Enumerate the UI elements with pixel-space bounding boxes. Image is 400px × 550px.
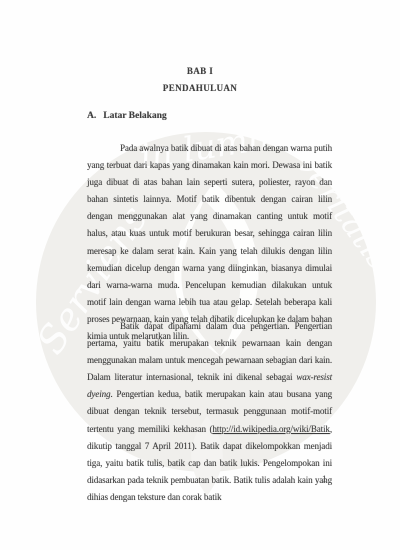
chapter-subtitle: PENDAHULUAN [0, 83, 400, 93]
section-heading: A.Latar Belakang [87, 111, 167, 121]
scanned-document-page: Serviens in lumine veritatis BAB I PENDA… [0, 0, 400, 550]
page-number: 1 [322, 474, 327, 484]
wikipedia-citation-link: http://id.wikipedia.org/wiki/Batik [212, 424, 329, 434]
body-paragraph-1: Pada awalnya batik dibuat di atas bahan … [87, 140, 332, 345]
section-label: A. [87, 111, 96, 121]
paragraph2-text-3: , dikutip tanggal 7 April 2011). Batik d… [87, 424, 332, 502]
section-title: Latar Belakang [103, 111, 166, 121]
body-paragraph-2: Batik dapat dipahami dalam dua pengertia… [87, 318, 332, 506]
chapter-title: BAB I [0, 66, 400, 76]
